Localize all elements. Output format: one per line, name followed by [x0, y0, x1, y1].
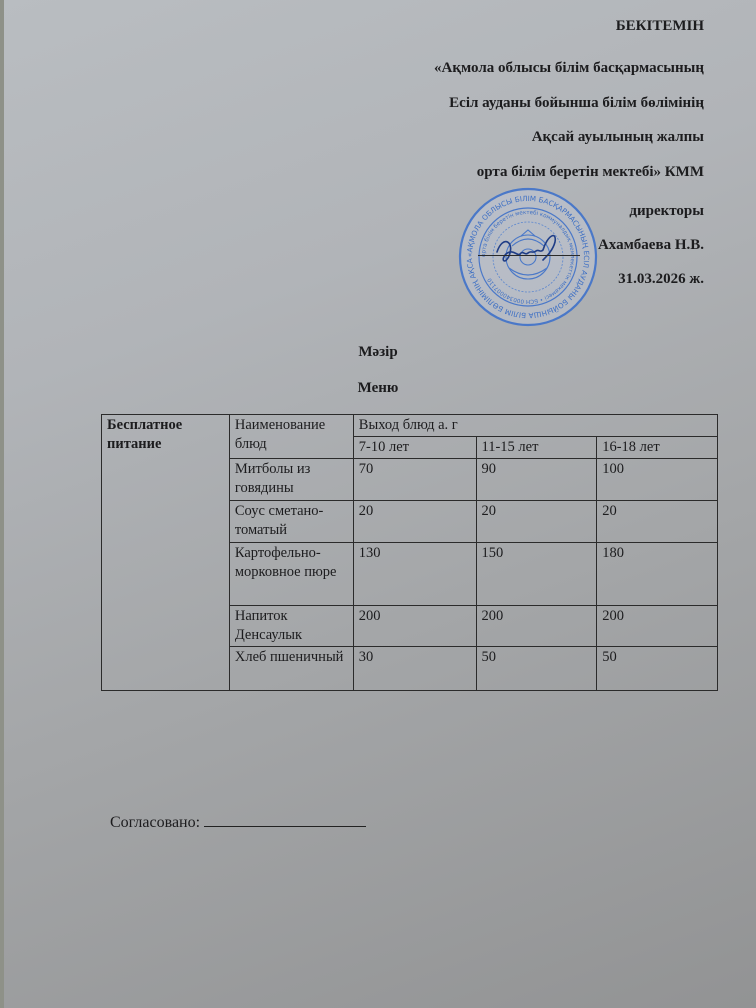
value-cell: 180: [597, 543, 718, 606]
dish-name: Картофельно-морковное пюре: [229, 543, 353, 606]
dish-name: Напиток Денсаулык: [229, 606, 353, 647]
value-cell: 200: [597, 606, 718, 647]
dish-header: Наименование блюд: [229, 415, 353, 459]
dish-name: Хлеб пшеничный: [229, 647, 353, 691]
age-group-header: 11-15 лет: [476, 437, 597, 459]
agreed-block: Согласовано:: [110, 812, 366, 832]
value-cell: 50: [597, 647, 718, 691]
value-cell: 130: [353, 543, 476, 606]
agreed-signature-line: [204, 812, 366, 827]
age-group-header: 7-10 лет: [353, 437, 476, 459]
official-seal-icon: «АҚМОЛА ОБЛЫСЫ БІЛІМ БАСҚАРМАСЫНЫҢ ЕСІЛ …: [457, 186, 599, 328]
dish-name: Соус сметано-томатый: [229, 501, 353, 543]
value-cell: 20: [353, 501, 476, 543]
value-cell: 70: [353, 459, 476, 501]
value-cell: 20: [597, 501, 718, 543]
age-group-header: 16-18 лет: [597, 437, 718, 459]
value-cell: 200: [476, 606, 597, 647]
category-cell: Бесплатное питание: [102, 415, 230, 691]
value-cell: 20: [476, 501, 597, 543]
approval-date: 31.03.2026 ж.: [618, 271, 704, 288]
value-cell: 50: [476, 647, 597, 691]
approval-title: БЕКІТЕМІН: [616, 18, 704, 35]
value-cell: 150: [476, 543, 597, 606]
dish-name: Митболы из говядины: [229, 459, 353, 501]
title-kazakh: Мәзір: [0, 344, 756, 361]
approval-position: директоры: [629, 203, 704, 220]
approval-signatory: Ахамбаева Н.В.: [598, 237, 704, 254]
value-cell: 200: [353, 606, 476, 647]
title-russian: Меню: [0, 380, 756, 397]
approval-line: орта білім беретін мектебі» КММ: [477, 164, 704, 181]
approval-line: «Ақмола облысы білім басқармасының: [434, 60, 704, 77]
signature-line: [478, 255, 580, 256]
value-cell: 100: [597, 459, 718, 501]
agreed-label: Согласовано:: [110, 814, 200, 831]
approval-line: Есіл ауданы бойынша білім бөлімінің: [449, 95, 704, 112]
menu-table: Бесплатное питание Наименование блюд Вых…: [101, 414, 718, 691]
page-edge: [0, 0, 4, 1008]
value-cell: 30: [353, 647, 476, 691]
value-cell: 90: [476, 459, 597, 501]
output-header: Выход блюд а. г: [353, 415, 717, 437]
approval-line: Ақсай ауылының жалпы: [532, 129, 704, 146]
